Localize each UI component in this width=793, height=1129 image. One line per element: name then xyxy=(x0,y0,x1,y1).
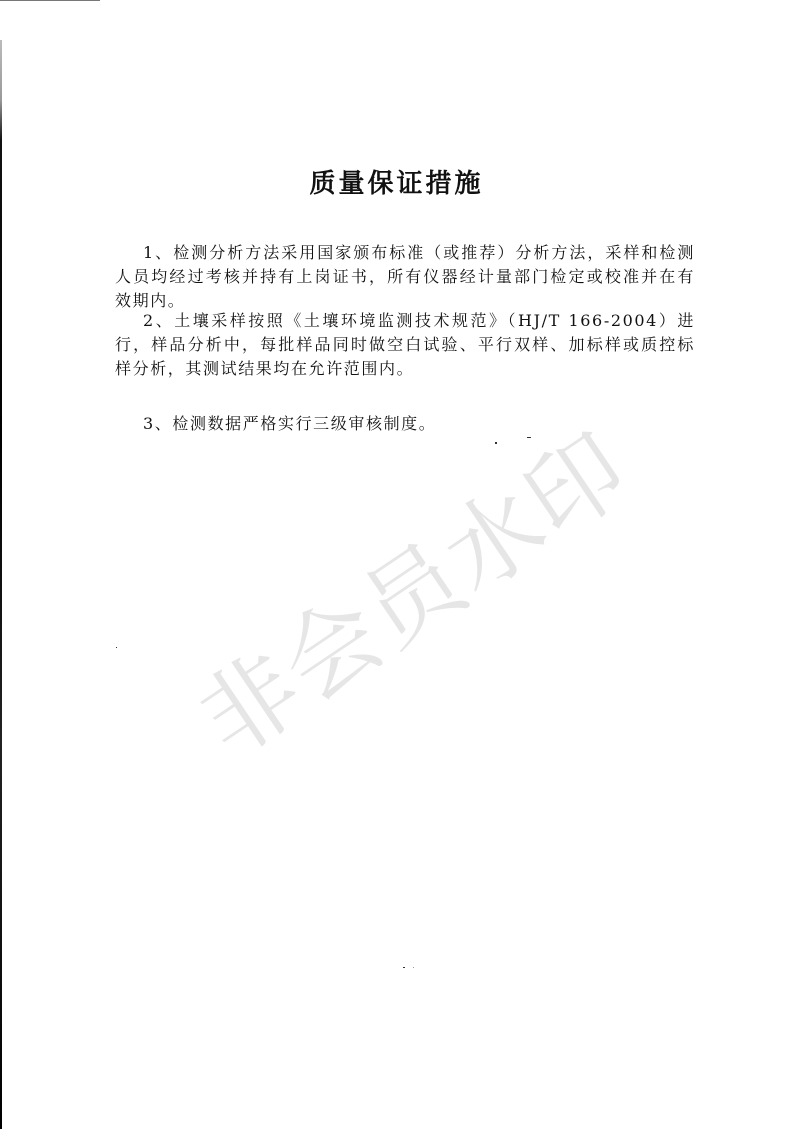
scan-speck xyxy=(527,437,531,438)
scan-speck xyxy=(495,442,497,444)
scan-speck xyxy=(413,967,414,968)
paragraph-1: 1、检测分析方法采用国家颁布标准（或推荐）分析方法，采样和检测人员均经过考核并持… xyxy=(115,241,695,313)
scan-speck xyxy=(116,647,117,648)
page-title: 质量保证措施 xyxy=(0,163,793,200)
paragraph-3: 3、检测数据严格实行三级审核制度。 xyxy=(115,412,695,436)
document-page: 质量保证措施 1、检测分析方法采用国家颁布标准（或推荐）分析方法，采样和检测人员… xyxy=(0,0,793,1129)
paragraph-2: 2、土壤采样按照《土壤环境监测技术规范》（HJ/T 166-2004）进行，样品… xyxy=(115,309,695,381)
scan-speck xyxy=(403,967,405,968)
